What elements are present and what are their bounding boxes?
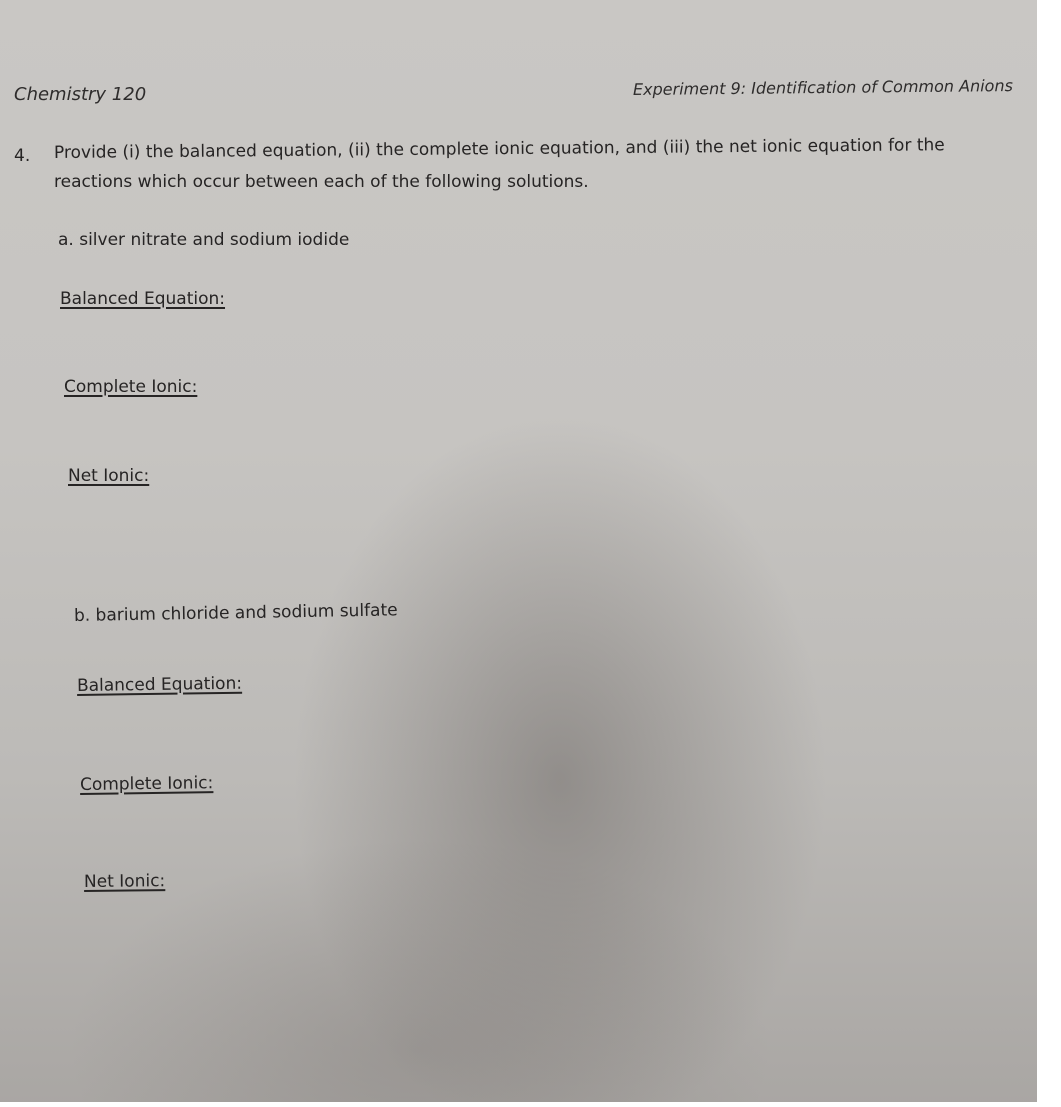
show-through-text — [160, 100, 460, 114]
question-text-line-2: reactions which occur between each of th… — [54, 172, 589, 192]
course-title: Chemistry 120 — [14, 84, 146, 105]
part-b-balanced-equation-label: Balanced Equation: — [77, 674, 242, 696]
part-b-complete-ionic-label: Complete Ionic: — [80, 773, 214, 795]
part-a-title: a. silver nitrate and sodium iodide — [58, 230, 349, 250]
experiment-title: Experiment 9: Identification of Common A… — [633, 76, 1013, 99]
part-a-balanced-equation-label: Balanced Equation: — [60, 289, 225, 309]
worksheet-page — [0, 0, 1037, 1107]
page-margin — [1037, 0, 1061, 1107]
part-a-net-ionic-label: Net Ionic: — [68, 466, 149, 486]
part-b-net-ionic-label: Net Ionic: — [84, 871, 165, 892]
part-a-complete-ionic-label: Complete Ionic: — [64, 377, 197, 397]
question-number: 4. — [14, 146, 30, 166]
page-bottom-margin — [0, 1102, 1061, 1107]
